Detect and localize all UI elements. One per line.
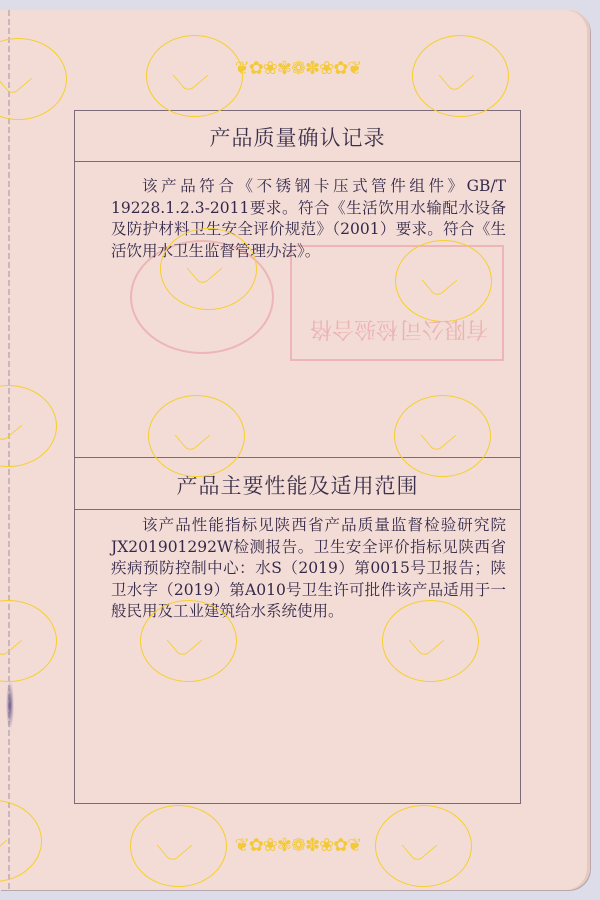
- highlight-circle: [375, 805, 472, 887]
- highlight-circle: [395, 240, 492, 322]
- highlight-circle: [412, 35, 509, 117]
- section-title-quality-record: 产品质量确认记录: [74, 122, 521, 152]
- highlight-circle: [382, 600, 479, 682]
- divider-title2: [74, 509, 521, 510]
- highlight-circle: [130, 805, 227, 887]
- highlight-circle: [148, 395, 245, 477]
- highlight-circle: [160, 228, 257, 310]
- highlight-circle: [140, 600, 237, 682]
- highlight-circle: [394, 395, 491, 477]
- highlight-circle: [146, 35, 243, 117]
- divider-title1: [74, 161, 521, 162]
- ink-smudge: [6, 680, 14, 730]
